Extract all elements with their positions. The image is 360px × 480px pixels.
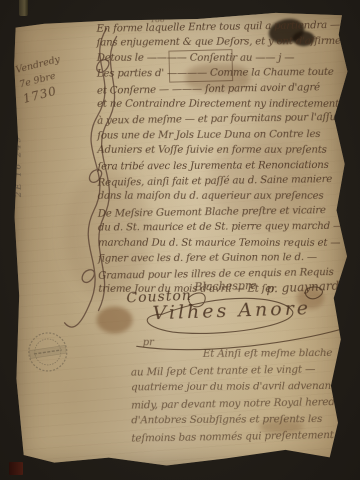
body-text-line: ſous une de Mr Jols Luce Duna on Contre … xyxy=(97,127,349,144)
shelfmark-annotation: 2E 16 249 xyxy=(13,105,24,197)
archive-stamp xyxy=(22,326,74,378)
body-text-line: ſans enjugement & que Deſors, et y ont d… xyxy=(97,34,349,51)
closing-text-line: teſmoins bas nommés qui preſentement xyxy=(131,427,356,448)
body-text-line: Detous le ———— Conſentir au —— j — xyxy=(97,51,349,66)
body-text-line: du d. St. maurice et de St. pierre quey … xyxy=(98,219,350,236)
closing-text-line: au Mil ſept Cent trante et le vingt — xyxy=(131,360,356,381)
margin-date: Vendredy 7e 9bre 1730 xyxy=(14,52,69,107)
manuscript-page: Vendredy 7e 9bre 1730 2E 16 249 186 pr E… xyxy=(10,7,353,471)
paper-stain xyxy=(96,306,132,333)
closing-text-block: Et Ainſi eſt meſme blacheau Mil ſept Cen… xyxy=(131,345,357,446)
body-text-block: En forme laquelle Entre tous quil a part… xyxy=(96,19,350,298)
body-text-line: marchand Du d. St maurice Temoins requis… xyxy=(98,235,350,250)
binding-foot xyxy=(9,462,23,475)
closing-text-line: Et Ainſi eſt meſme blache xyxy=(203,345,356,363)
binding-stub xyxy=(19,0,28,16)
signature-vilhes: Vilhes Anore xyxy=(152,297,311,324)
body-text-line: Aduniers et Voſſe ſuivie en forme aux pr… xyxy=(97,143,349,158)
signature-blachespre: Blachespre xyxy=(194,279,257,294)
scan-backdrop: Vendredy 7e 9bre 1730 2E 16 249 186 pr E… xyxy=(0,0,360,480)
body-text-line: dans la maiſon du d. aquerieur aux preſe… xyxy=(98,189,350,204)
